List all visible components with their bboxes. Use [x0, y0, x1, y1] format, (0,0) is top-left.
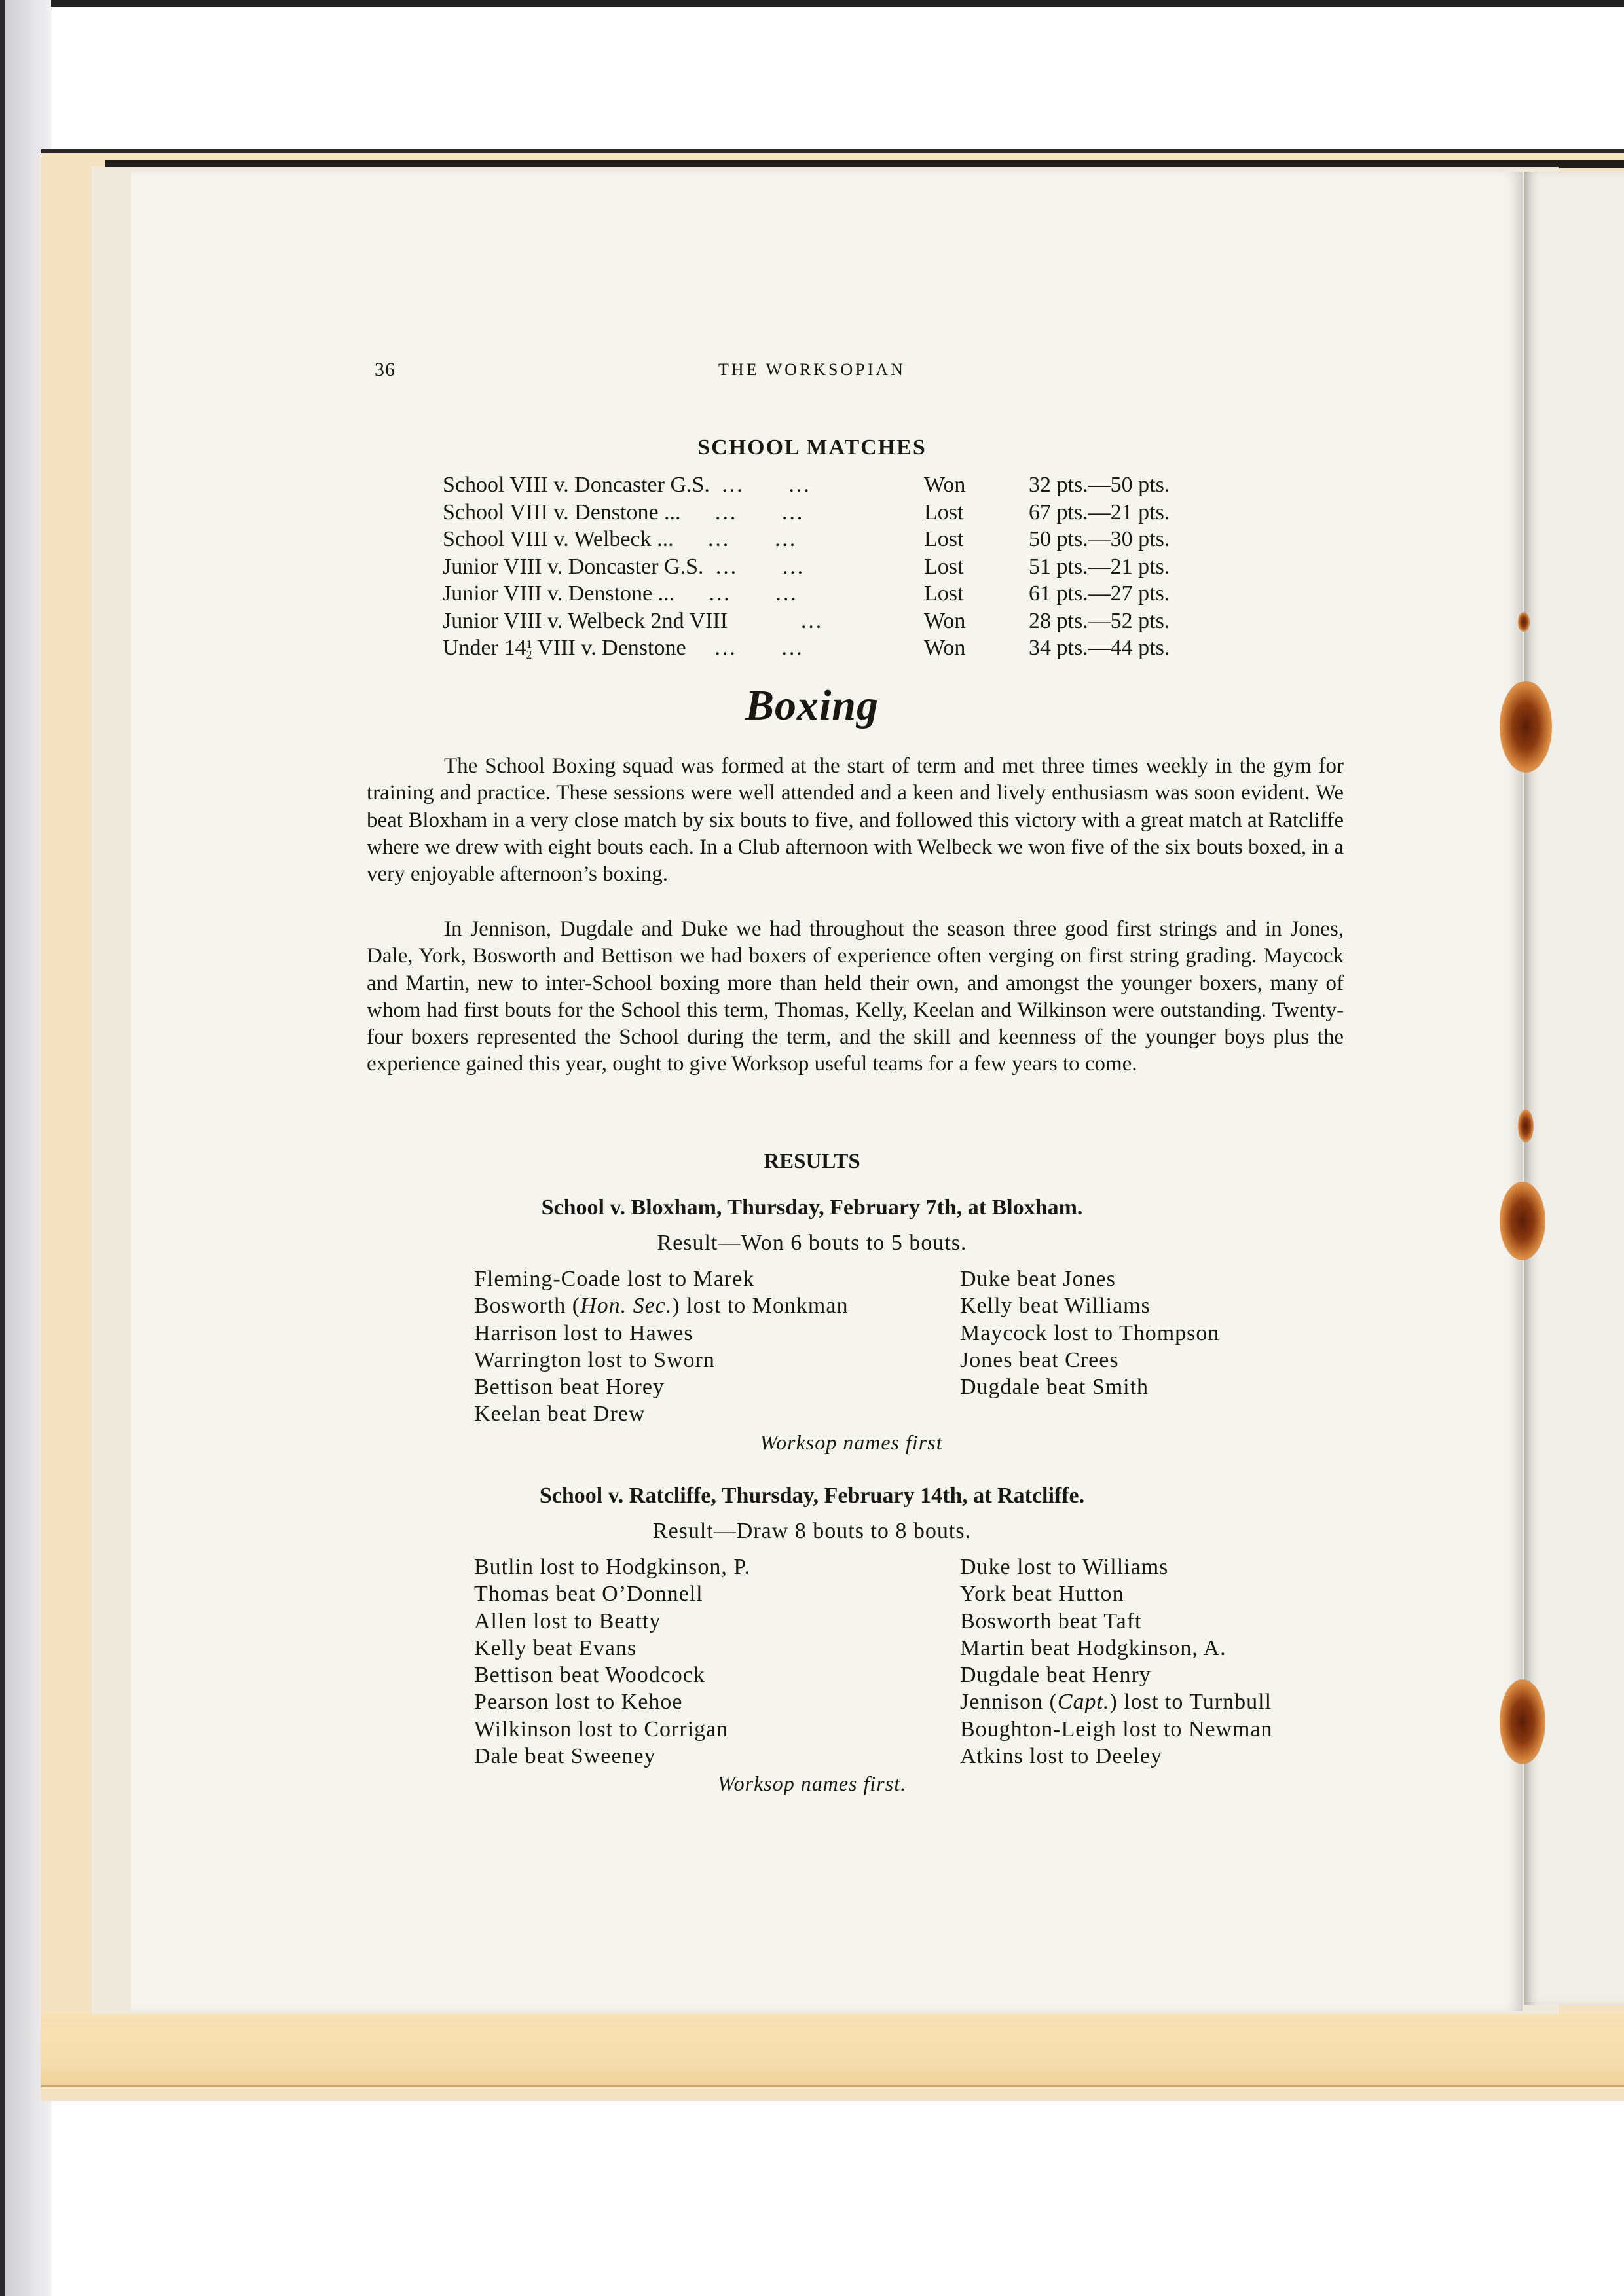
- rust-stain-icon: [1518, 612, 1530, 632]
- match-score: 67 pts.—21 pts.: [1029, 499, 1225, 526]
- school-matches-table: School VIII v. Doncaster G.S. … … Won 32…: [443, 471, 1225, 662]
- bout-item: Butlin lost to Hodgkinson, P.: [474, 1554, 750, 1580]
- bout-item: Duke beat Jones: [960, 1266, 1219, 1292]
- match-result: Lost: [924, 499, 1029, 526]
- school-matches-title: SCHOOL MATCHES: [0, 435, 1624, 460]
- results-title: RESULTS: [0, 1150, 1624, 1174]
- match-fixture: Junior VIII v. Doncaster G.S. … …: [443, 553, 924, 581]
- bout-list-left: Butlin lost to Hodgkinson, P. Thomas bea…: [474, 1554, 750, 1770]
- match-fixture: School VIII v. Doncaster G.S. … …: [443, 471, 924, 499]
- bout-item: Maycock lost to Thompson: [960, 1320, 1219, 1347]
- match-score: 34 pts.—44 pts.: [1029, 634, 1225, 662]
- bout-item: Pearson lost to Kehoe: [474, 1688, 750, 1715]
- boxing-paragraph-1: The School Boxing squad was formed at th…: [367, 753, 1344, 888]
- bout-item: Kelly beat Evans: [474, 1635, 750, 1662]
- scan-top-border: [0, 0, 1624, 7]
- match-result: Lost: [924, 553, 1029, 581]
- match-fixture: School VIII v. Welbeck ... … …: [443, 526, 924, 553]
- match-row: Junior VIII v. Denstone ... … … Lost 61 …: [443, 580, 1225, 608]
- bout-item: Atkins lost to Deeley: [960, 1743, 1273, 1770]
- match-score: 50 pts.—30 pts.: [1029, 526, 1225, 553]
- bout-list-right: Duke beat Jones Kelly beat Williams Mayc…: [960, 1266, 1219, 1400]
- bout-item: Martin beat Hodgkinson, A.: [960, 1635, 1273, 1662]
- match-score: 51 pts.—21 pts.: [1029, 553, 1225, 581]
- match-score: 61 pts.—27 pts.: [1029, 580, 1225, 608]
- match-result: Won: [924, 608, 1029, 635]
- scan-left-border: [0, 0, 5, 2296]
- paragraph-text: The School Boxing squad was formed at th…: [367, 753, 1344, 888]
- bout-item: Bettison beat Horey: [474, 1374, 848, 1400]
- bout-item: Jennison (Capt.) lost to Turnbull: [960, 1688, 1273, 1715]
- match-fixture: Under 1412 VIII v. Denstone … …: [443, 634, 924, 662]
- bout-item: Jones beat Crees: [960, 1347, 1219, 1374]
- fixture-result-bloxham: Result—Won 6 bouts to 5 bouts.: [0, 1231, 1624, 1256]
- bout-item: Fleming-Coade lost to Marek: [474, 1266, 848, 1292]
- bout-list-right: Duke lost to Williams York beat Hutton B…: [960, 1554, 1273, 1770]
- match-fixture: School VIII v. Denstone ... … …: [443, 499, 924, 526]
- rust-stain-icon: [1518, 1110, 1534, 1142]
- bout-item: Wilkinson lost to Corrigan: [474, 1716, 750, 1743]
- bout-item: Bosworth beat Taft: [960, 1608, 1273, 1635]
- bout-item: Harrison lost to Hawes: [474, 1320, 848, 1347]
- match-row: School VIII v. Welbeck ... … … Lost 50 p…: [443, 526, 1225, 553]
- boxing-title: Boxing: [0, 681, 1624, 731]
- match-row: Junior VIII v. Welbeck 2nd VIII … Won 28…: [443, 608, 1225, 635]
- bout-item: Dugdale beat Smith: [960, 1374, 1219, 1400]
- paragraph-text: In Jennison, Dugdale and Duke we had thr…: [367, 916, 1344, 1078]
- bout-item: Dale beat Sweeney: [474, 1743, 750, 1770]
- bout-item: Duke lost to Williams: [960, 1554, 1273, 1580]
- match-score: 28 pts.—52 pts.: [1029, 608, 1225, 635]
- match-row: Under 1412 VIII v. Denstone … … Won 34 p…: [443, 634, 1225, 662]
- match-score: 32 pts.—50 pts.: [1029, 471, 1225, 499]
- boxing-paragraph-2: In Jennison, Dugdale and Duke we had thr…: [367, 916, 1344, 1078]
- match-result: Lost: [924, 580, 1029, 608]
- bout-item: Keelan beat Drew: [474, 1400, 848, 1427]
- bout-item: Allen lost to Beatty: [474, 1608, 750, 1635]
- match-row: School VIII v. Denstone ... … … Lost 67 …: [443, 499, 1225, 526]
- worksop-names-note: Worksop names first: [39, 1430, 1624, 1455]
- bout-list-left: Fleming-Coade lost to Marek Bosworth (Ho…: [474, 1266, 848, 1428]
- match-fixture: Junior VIII v. Denstone ... … …: [443, 580, 924, 608]
- bout-item: Dugdale beat Henry: [960, 1662, 1273, 1688]
- match-row: School VIII v. Doncaster G.S. … … Won 32…: [443, 471, 1225, 499]
- match-fixture: Junior VIII v. Welbeck 2nd VIII …: [443, 608, 924, 635]
- match-result: Won: [924, 634, 1029, 662]
- match-result: Won: [924, 471, 1029, 499]
- fixture-heading-bloxham: School v. Bloxham, Thursday, February 7t…: [0, 1195, 1624, 1220]
- bout-item: Boughton-Leigh lost to Newman: [960, 1716, 1273, 1743]
- bout-item: Warrington lost to Sworn: [474, 1347, 848, 1374]
- fixture-heading-ratcliffe: School v. Ratcliffe, Thursday, February …: [0, 1484, 1624, 1508]
- book-cover-bottom-edge: [41, 2013, 1624, 2087]
- journal-title: THE WORKSOPIAN: [0, 360, 1624, 380]
- bout-item: Thomas beat O’Donnell: [474, 1580, 750, 1607]
- bout-item: York beat Hutton: [960, 1580, 1273, 1607]
- rust-stain-icon: [1500, 1679, 1545, 1764]
- fixture-result-ratcliffe: Result—Draw 8 bouts to 8 bouts.: [0, 1519, 1624, 1544]
- bout-item: Bettison beat Woodcock: [474, 1662, 750, 1688]
- bout-item: Kelly beat Williams: [960, 1292, 1219, 1319]
- match-row: Junior VIII v. Doncaster G.S. … … Lost 5…: [443, 553, 1225, 581]
- worksop-names-note: Worksop names first.: [0, 1772, 1624, 1796]
- bout-item: Bosworth (Hon. Sec.) lost to Monkman: [474, 1292, 848, 1319]
- match-result: Lost: [924, 526, 1029, 553]
